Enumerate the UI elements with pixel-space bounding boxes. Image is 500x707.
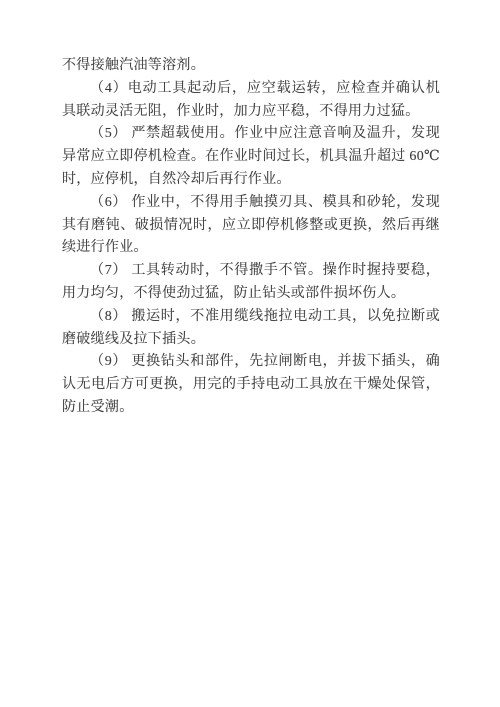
paragraph-item-8: （8） 搬运时，不准用缆线拖拉电动工具，以免拉断或磨破缆线及拉下插头。 xyxy=(62,306,440,352)
paragraph-item-7: （7） 工具转动时，不得撒手不管。操作时握持要稳，用力均匀，不得使劲过猛，防止钻… xyxy=(62,260,440,306)
paragraph-item-6: （6） 作业中，不得用手触摸刃具、模具和砂轮，发现其有磨钝、破损情况时，应立即停… xyxy=(62,192,440,260)
document-text-block: 不得接触汽油等溶剂。 （4）电动工具起动后，应空载运转，应检查并确认机具联动灵活… xyxy=(62,55,440,420)
paragraph-item-4: （4）电动工具起动后，应空载运转，应检查并确认机具联动灵活无阻，作业时，加力应平… xyxy=(62,78,440,124)
paragraph-item-5: （5） 严禁超载使用。作业中应注意音响及温升，发现异常应立即停机检查。在作业时间… xyxy=(62,123,440,191)
document-page: 不得接触汽油等溶剂。 （4）电动工具起动后，应空载运转，应检查并确认机具联动灵活… xyxy=(0,0,500,707)
paragraph-item-9: （9） 更换钻头和部件，先拉闸断电，并拔下插头，确认无电后方可更换，用完的手持电… xyxy=(62,351,440,419)
paragraph-continuation: 不得接触汽油等溶剂。 xyxy=(62,55,440,78)
